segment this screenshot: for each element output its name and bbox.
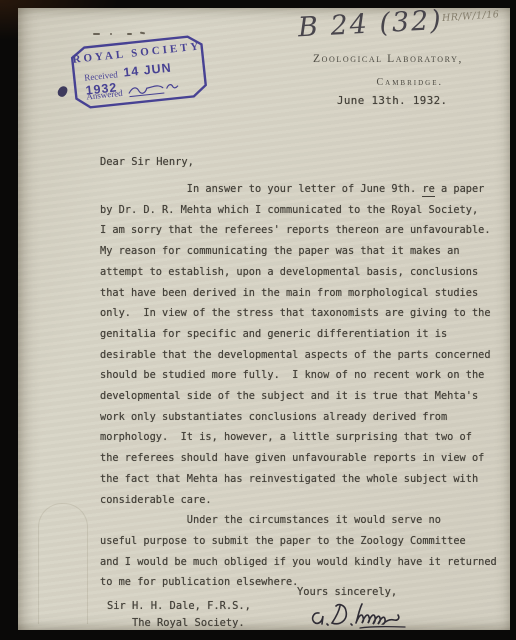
royal-society-received-stamp: ROYAL SOCIETY Received14 JUN 1932 Answer… xyxy=(69,33,209,111)
signature xyxy=(310,597,420,637)
letter-body-line: desirable that the developmental aspects… xyxy=(100,345,497,366)
letter-body-line: should be studied more fully. I know of … xyxy=(100,365,497,386)
letterhead-institution: Zoological Laboratory, xyxy=(313,53,463,65)
letter-date: June 13th. 1932. xyxy=(337,94,447,107)
stamp-answered-label: Answered xyxy=(86,88,123,102)
recipient-name: Sir H. H. Dale, F.R.S., xyxy=(107,600,251,612)
signature-handwriting xyxy=(310,597,420,633)
letter-body-line: by Dr. D. R. Mehta which I communicated … xyxy=(100,200,497,221)
letter-body-line: and I would be much obliged if you would… xyxy=(100,552,497,573)
letter-body-line: genitalia for specific and generic diffe… xyxy=(100,324,497,345)
letter-body-line: morphology. It is, however, a little sur… xyxy=(100,427,497,448)
letter-body-line: useful purpose to submit the paper to th… xyxy=(100,531,497,552)
letter-body-line: attempt to establish, upon a development… xyxy=(100,262,497,283)
scan-frame: B 24 (32) HR/W/1/16 ROYAL SOCIETY Receiv… xyxy=(0,0,516,640)
letter-body-line: My reason for communicating the paper wa… xyxy=(100,241,497,262)
letterhead-city: Cambridge. xyxy=(313,77,443,88)
recipient-organisation: The Royal Society. xyxy=(132,617,245,629)
letter-page: B 24 (32) HR/W/1/16 ROYAL SOCIETY Receiv… xyxy=(18,8,510,630)
letter-body-line: only. In view of the stress that taxonom… xyxy=(100,303,497,324)
letter-body-line: developmental side of the subject and it… xyxy=(100,386,497,407)
letter-body: In answer to your letter of June 9th. re… xyxy=(100,179,497,593)
letter-body-line: I am sorry that the referees' reports th… xyxy=(100,220,497,241)
letter-body-line: work only substantiates conclusions alre… xyxy=(100,407,497,428)
letter-body-line: the fact that Mehta has reinvestigated t… xyxy=(100,469,497,490)
letter-body-line: considerable care. xyxy=(100,490,497,511)
ink-blot xyxy=(57,85,69,98)
letter-body-line: Under the circumstances it would serve n… xyxy=(100,510,497,531)
letter-body-line: that have been derived in the main from … xyxy=(100,283,497,304)
salutation: Dear Sir Henry, xyxy=(100,156,194,168)
letter-body-line: the referees should have given unfavoura… xyxy=(100,448,497,469)
letter-body-line: In answer to your letter of June 9th. re… xyxy=(100,179,497,200)
faint-emboss-mark xyxy=(38,503,88,624)
